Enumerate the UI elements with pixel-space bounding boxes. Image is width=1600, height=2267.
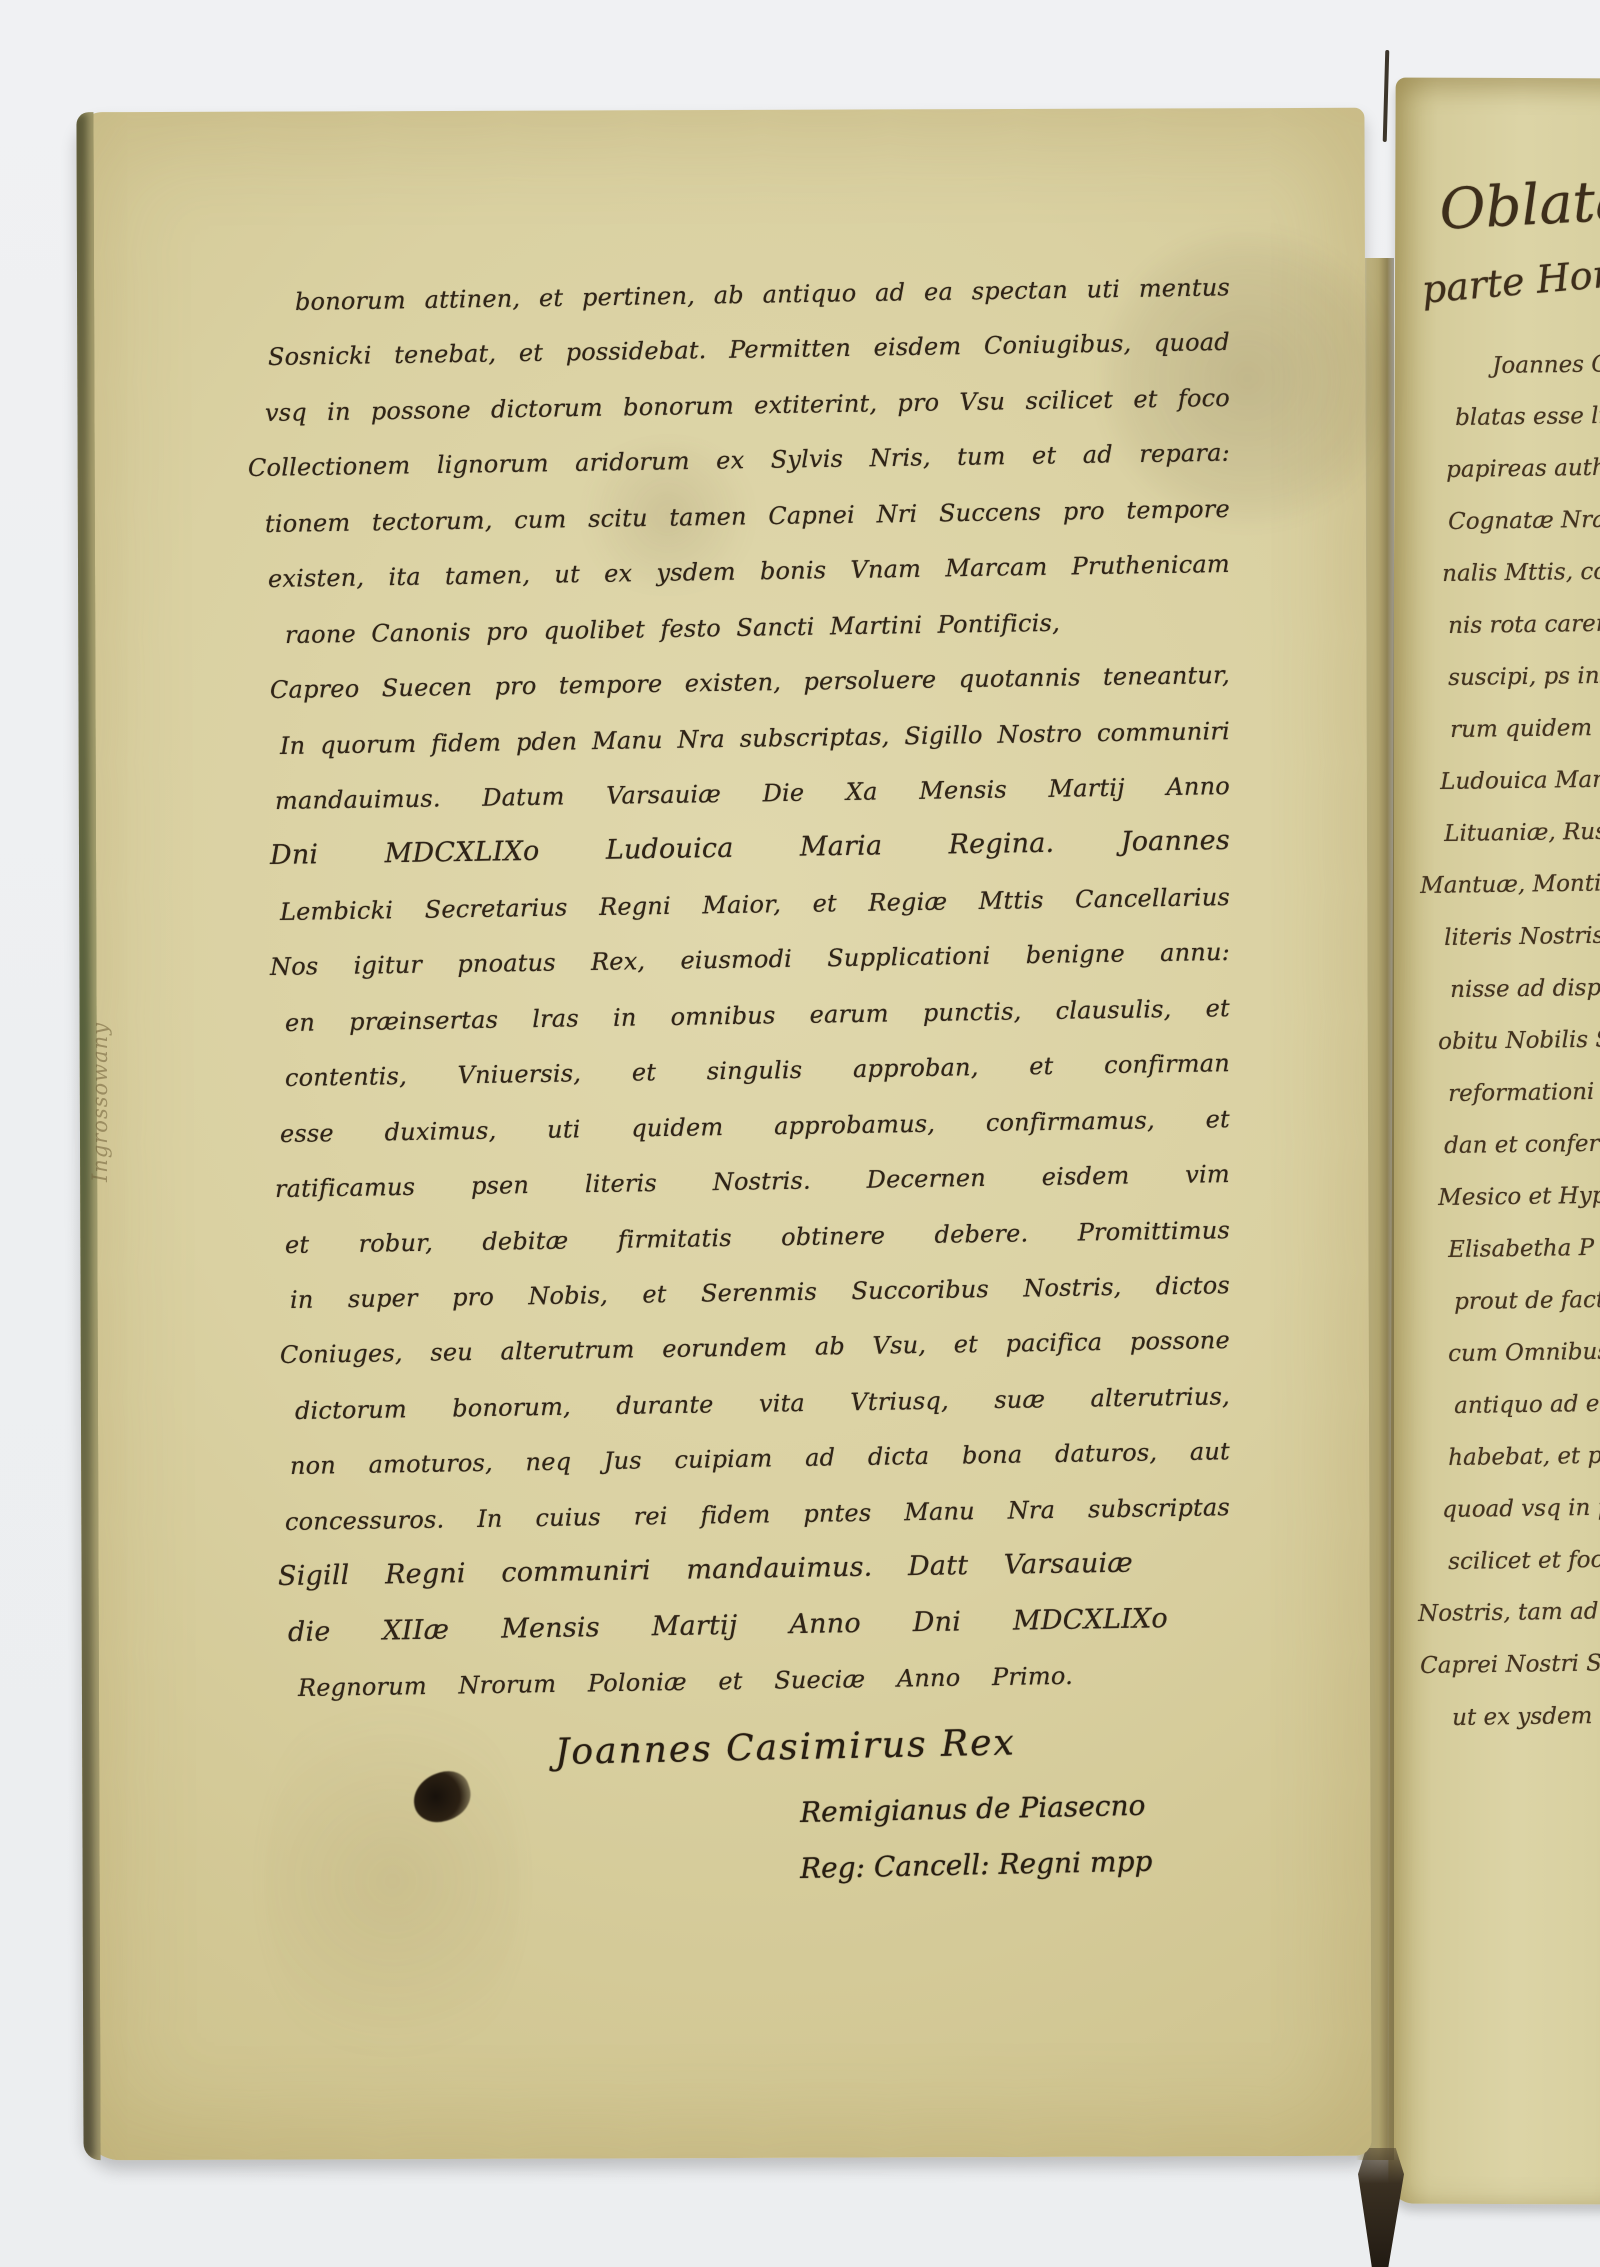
manuscript-line: Cognatæ Nræ Chariss [1448, 504, 1600, 536]
manuscript-line: Elisabetha P [1448, 1234, 1594, 1264]
manuscript-line: Mesico et Hypo [1438, 1181, 1600, 1212]
margin-annotation: Ingrossowany [88, 1022, 112, 1182]
manuscript-line: antiquo ad ea spe [1454, 1389, 1600, 1420]
manuscript-line: reformationi Suby [1448, 1077, 1600, 1108]
manuscript-line: scilicet et foco c [1448, 1545, 1600, 1576]
binding-edge-sliver [1383, 50, 1390, 142]
manuscript-line: literis Nostris, qu [1444, 921, 1600, 952]
manuscript-line: Nostris, tam ad [1418, 1597, 1599, 1628]
oblata-heading: Oblata i [1438, 166, 1600, 243]
manuscript-line: papireas authentica [1446, 453, 1600, 484]
manuscript-line: quoad vsq in poss [1442, 1493, 1600, 1524]
manuscript-line: dan et conferen e [1444, 1129, 1600, 1160]
manuscript-line: cum Omnibus cor [1448, 1337, 1600, 1368]
manuscript-line: ut ex ysdem bon [1452, 1701, 1600, 1732]
binding-ribbon [1358, 2148, 1404, 2267]
manuscript-line: prout de facto da [1454, 1285, 1600, 1316]
manuscript-line: Ludouica Maria R [1440, 765, 1600, 796]
manuscript-line: Joannes Cas [1492, 350, 1600, 380]
manuscript-line: nalis Mttis, commun [1442, 557, 1600, 588]
manuscript-line: suscipi, ps insen, atq [1448, 661, 1600, 692]
manuscript-line: obitu Nobilis Ste [1438, 1025, 1600, 1056]
manuscript-line: habebat, et possid [1448, 1441, 1600, 1472]
manuscript-line: Lituaniæ, Russiæ [1444, 817, 1600, 848]
manuscript-scan: bonorum attinen, et pertinen, ab antiquo… [0, 0, 1600, 2267]
manuscript-line: rum quidem lrarum t [1450, 713, 1600, 744]
manuscript-line: nisse ad dispositio [1450, 973, 1600, 1004]
manuscript-line: blatas esse lit [1455, 402, 1600, 432]
manuscript-line: nis rota caren. Suppl [1448, 609, 1600, 640]
paper-stain [262, 1671, 523, 2092]
manuscript-line: Mantuæ, Montisf [1420, 869, 1600, 900]
manuscript-line: Caprei Nostri Su [1420, 1649, 1600, 1680]
